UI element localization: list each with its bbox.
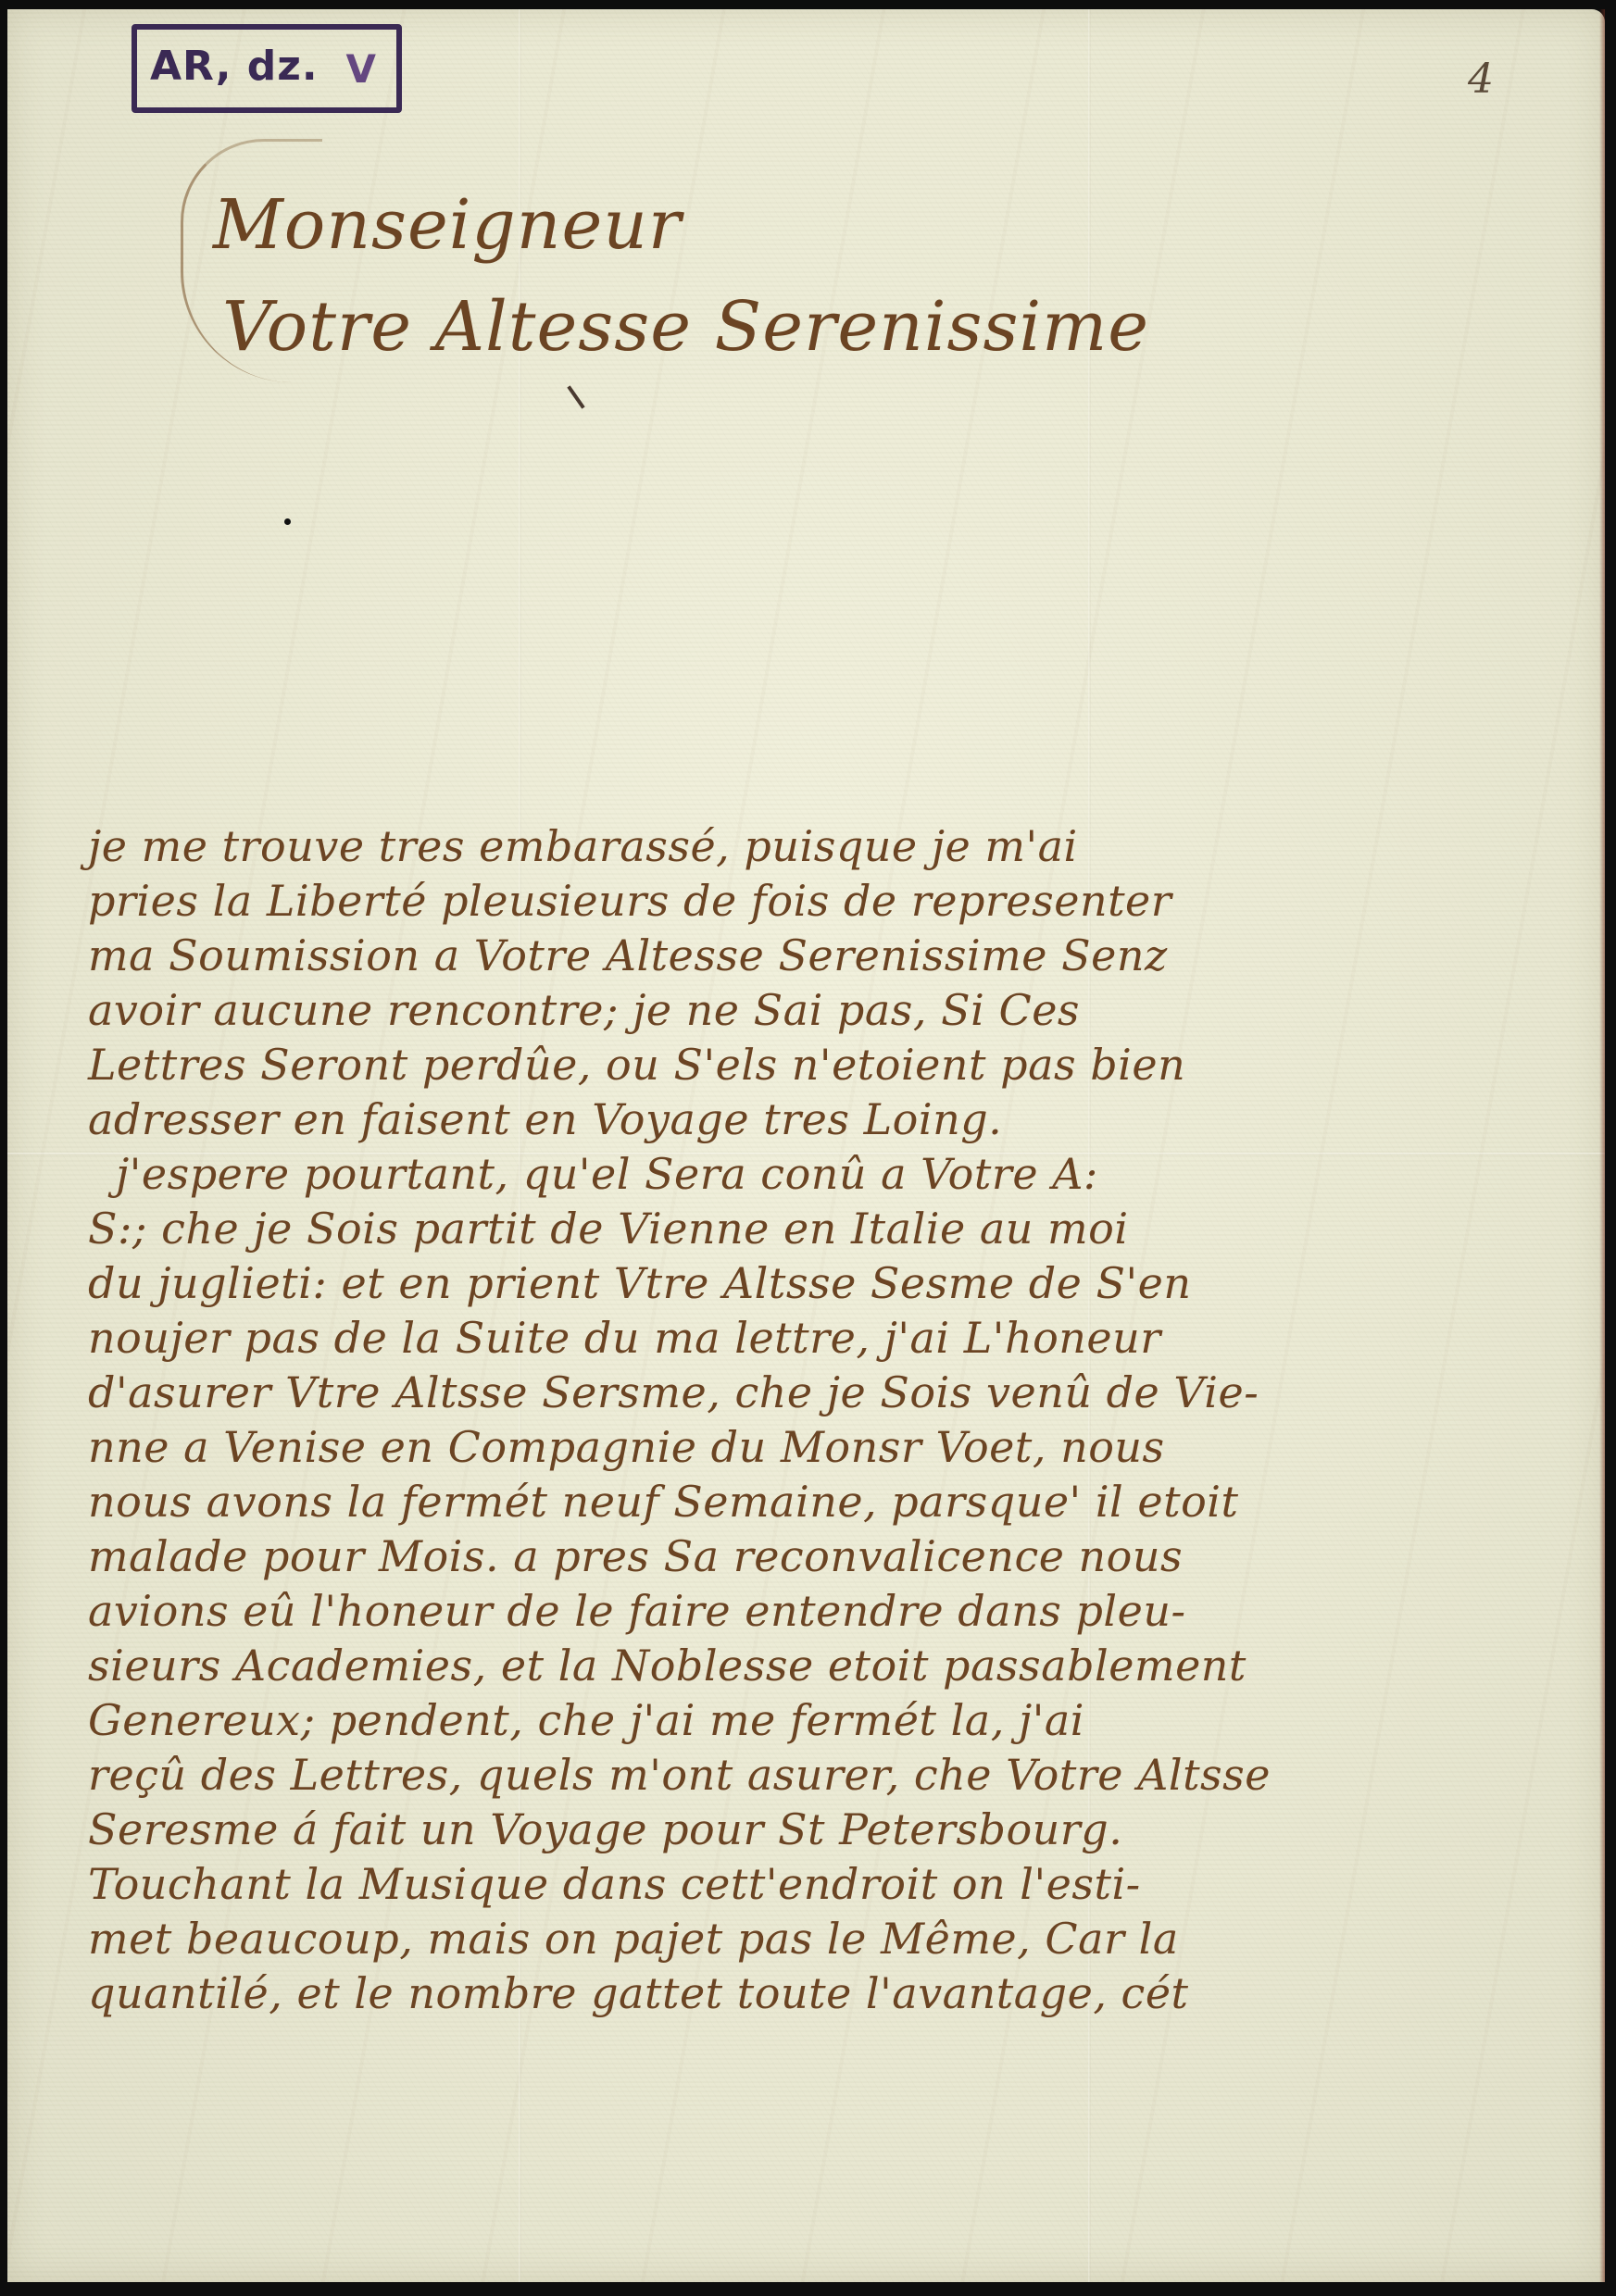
salutation-address: Votre Altesse Serenissime: [222, 287, 1149, 367]
archive-stamp: AR, dz. V: [132, 24, 402, 113]
ink-dot: [284, 518, 291, 525]
letter-body: je me trouve tres embarassé, puisque je …: [88, 819, 1570, 2021]
letter-line: sieurs Academies, et la Noblesse etoit p…: [88, 1639, 1570, 1693]
letter-line: S:; che je Sois partit de Vienne en Ital…: [88, 1202, 1570, 1256]
letter-line: avions eû l'honeur de le faire entendre …: [88, 1584, 1570, 1639]
letter-line: met beaucoup, mais on pajet pas le Même,…: [88, 1912, 1570, 1966]
letter-line: nne a Venise en Compagnie du Monsr Voet,…: [88, 1420, 1570, 1475]
letter-line: nous avons la fermét neuf Semaine, parsq…: [88, 1475, 1570, 1529]
letter-line: adresser en faisent en Voyage tres Loing…: [88, 1092, 1570, 1147]
letter-line: je me trouve tres embarassé, puisque je …: [88, 819, 1570, 874]
letter-line: reçû des Lettres, quels m'ont asurer, ch…: [88, 1748, 1570, 1803]
letter-line: j'espere pourtant, qu'el Sera conû a Vot…: [88, 1147, 1570, 1202]
letter-line: Touchant la Musique dans cett'endroit on…: [88, 1857, 1570, 1912]
letter-line: noujer pas de la Suite du ma lettre, j'a…: [88, 1311, 1570, 1366]
letter-line: malade pour Mois. a pres Sa reconvalicen…: [88, 1529, 1570, 1584]
letter-line: pries la Liberté pleusieurs de fois de r…: [88, 874, 1570, 929]
letter-line: quantilé, et le nombre gattet toute l'av…: [88, 1966, 1570, 2021]
stamp-volume: V: [345, 46, 376, 92]
paper-right-edge: [1599, 9, 1605, 2282]
letter-line: Lettres Seront perdûe, ou S'els n'etoien…: [88, 1038, 1570, 1092]
letter-line: Seresme á fait un Voyage pour St Petersb…: [88, 1803, 1570, 1857]
letter-line: ma Soumission a Votre Altesse Serenissim…: [88, 929, 1570, 983]
letter-line: Genereux; pendent, che j'ai me fermét la…: [88, 1693, 1570, 1748]
letter-line: d'asurer Vtre Altsse Sersme, che je Sois…: [88, 1366, 1570, 1420]
stamp-archive-code: AR, dz.: [150, 43, 319, 90]
letter-line: avoir aucune rencontre; je ne Sai pas, S…: [88, 983, 1570, 1038]
page-number: 4: [1468, 56, 1494, 103]
salutation-title: Monseigneur: [213, 185, 682, 265]
letter-line: du juglieti: et en prient Vtre Altsse Se…: [88, 1256, 1570, 1311]
